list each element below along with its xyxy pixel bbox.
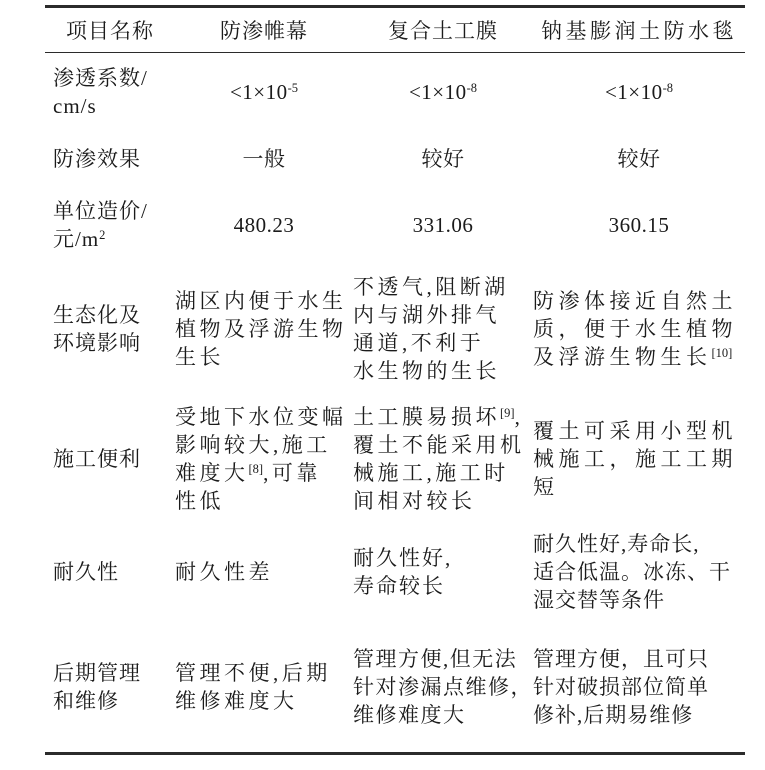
header-composite-geomembrane: 复合土工膜 — [353, 15, 533, 45]
row-label: 施工便利 — [45, 445, 175, 473]
value-cell: <1×10-8 — [533, 78, 745, 106]
value-cell: 覆土可采用小型机械施工，施工工期短 — [533, 417, 745, 501]
row-label: 防渗效果 — [45, 145, 175, 173]
table-body: 渗透系数/cm/s<1×10-5<1×10-8<1×10-8防渗效果一般较好较好… — [45, 53, 745, 752]
table-row-construction-convenience: 施工便利受地下水位变幅影响较大,施工难度大[8],可靠性低土工膜易损坏[9],覆… — [45, 395, 745, 522]
row-label: 单位造价/元/m2 — [45, 197, 175, 253]
value-cell: 湖区内便于水生植物及浮游生物生长 — [175, 287, 353, 371]
row-label: 耐久性 — [45, 558, 175, 586]
table-row-later-management-and-maintenance: 后期管理和维修管理不便,后期维修难度大管理方便,但无法针对渗漏点维修，维修难度大… — [45, 622, 745, 752]
value-cell: 不透气,阻断湖内与湖外排气通道,不利于水生物的生长 — [353, 273, 533, 385]
row-label: 生态化及环境影响 — [45, 301, 175, 357]
table-row-ecology-and-environment-impact: 生态化及环境影响湖区内便于水生植物及浮游生物生长不透气,阻断湖内与湖外排气通道,… — [45, 263, 745, 395]
value-cell: <1×10-8 — [353, 78, 533, 106]
value-cell: 管理方便,但无法针对渗漏点维修，维修难度大 — [353, 645, 533, 729]
table-row-permeability-coefficient: 渗透系数/cm/s<1×10-5<1×10-8<1×10-8 — [45, 53, 745, 131]
value-cell: 较好 — [353, 145, 533, 173]
value-cell: 耐久性差 — [175, 558, 353, 586]
value-cell: 管理方便，且可只针对破损部位简单修补,后期易维修 — [533, 645, 745, 729]
value-cell: 一般 — [175, 145, 353, 173]
value-cell: 较好 — [533, 145, 745, 173]
table-bottom-rule — [45, 752, 745, 755]
header-item-name: 项目名称 — [45, 15, 175, 45]
header-sodium-bentonite-waterproof-blanket: 钠基膨润土防水毯 — [533, 15, 745, 45]
value-cell: 360.15 — [533, 211, 745, 239]
value-cell: <1×10-5 — [175, 78, 353, 106]
table-row-durability: 耐久性耐久性差耐久性好,寿命较长耐久性好,寿命长,适合低温。冰冻、干湿交替等条件 — [45, 522, 745, 622]
value-cell: 管理不便,后期维修难度大 — [175, 659, 353, 715]
value-cell: 土工膜易损坏[9],覆土不能采用机械施工,施工时间相对较长 — [353, 403, 533, 515]
header-anti-seepage-curtain: 防渗帷幕 — [175, 15, 353, 45]
value-cell: 耐久性好,寿命较长 — [353, 544, 533, 600]
value-cell: 480.23 — [175, 211, 353, 239]
row-label: 后期管理和维修 — [45, 659, 175, 715]
table-header-row: 项目名称 防渗帷幕 复合土工膜 钠基膨润土防水毯 — [45, 8, 745, 53]
table-row-unit-cost: 单位造价/元/m2480.23331.06360.15 — [45, 186, 745, 263]
value-cell: 耐久性好,寿命长,适合低温。冰冻、干湿交替等条件 — [533, 530, 745, 614]
value-cell: 331.06 — [353, 211, 533, 239]
value-cell: 受地下水位变幅影响较大,施工难度大[8],可靠性低 — [175, 403, 353, 515]
value-cell: 防渗体接近自然土质，便于水生植物及浮游生物生长[10] — [533, 287, 745, 371]
row-label: 渗透系数/cm/s — [45, 64, 175, 120]
table-row-anti-seepage-effect: 防渗效果一般较好较好 — [45, 131, 745, 186]
comparison-table: 项目名称 防渗帷幕 复合土工膜 钠基膨润土防水毯 渗透系数/cm/s<1×10-… — [45, 5, 745, 755]
